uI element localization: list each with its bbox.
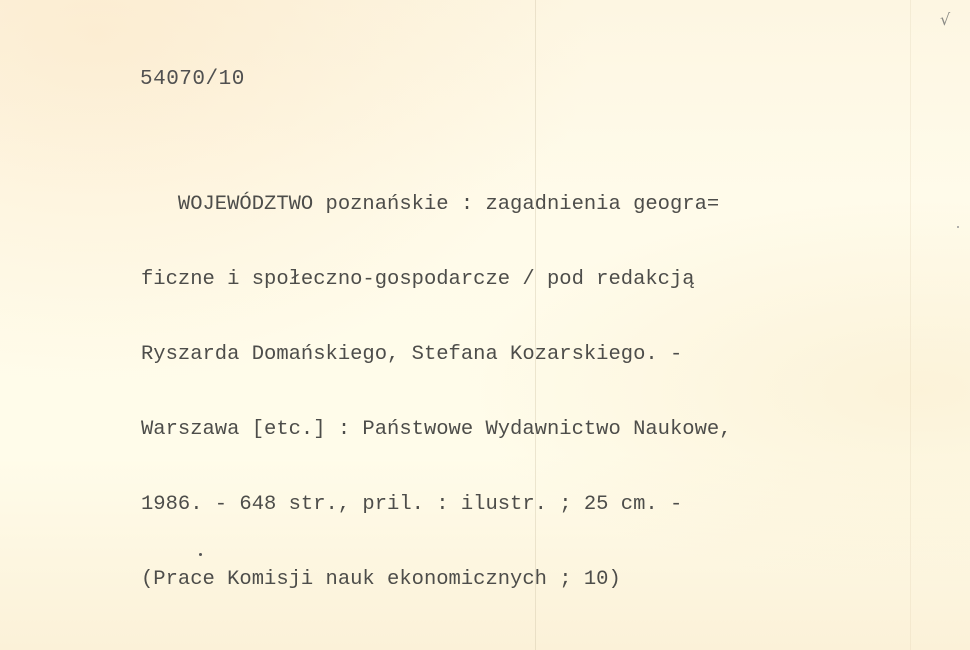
entry-line-series: (Prace Komisji nauk ekonomicznych ; 10) [141, 567, 732, 592]
check-mark-icon: √ [940, 10, 950, 29]
entry-line-editors: Ryszarda Domańskiego, Stefana Kozarskieg… [141, 342, 732, 367]
entry-line-physical-description: 1986. - 648 str., pril. : ilustr. ; 25 c… [141, 492, 732, 517]
paper-speck [957, 226, 959, 228]
paper-crease-right [910, 0, 911, 650]
catalog-card: √ 54070/10 WOJEWÓDZTWO poznańskie : zaga… [0, 0, 970, 650]
bibliographic-entry: WOJEWÓDZTWO poznańskie : zagadnienia geo… [141, 142, 732, 642]
entry-line-subtitle: ficzne i społeczno-gospodarcze / pod red… [141, 267, 732, 292]
entry-line-publisher: Warszawa [etc.] : Państwowe Wydawnictwo … [141, 417, 732, 442]
call-number: 54070/10 [140, 68, 245, 91]
paper-speck [199, 553, 202, 556]
entry-line-title: WOJEWÓDZTWO poznańskie : zagadnienia geo… [141, 192, 732, 217]
